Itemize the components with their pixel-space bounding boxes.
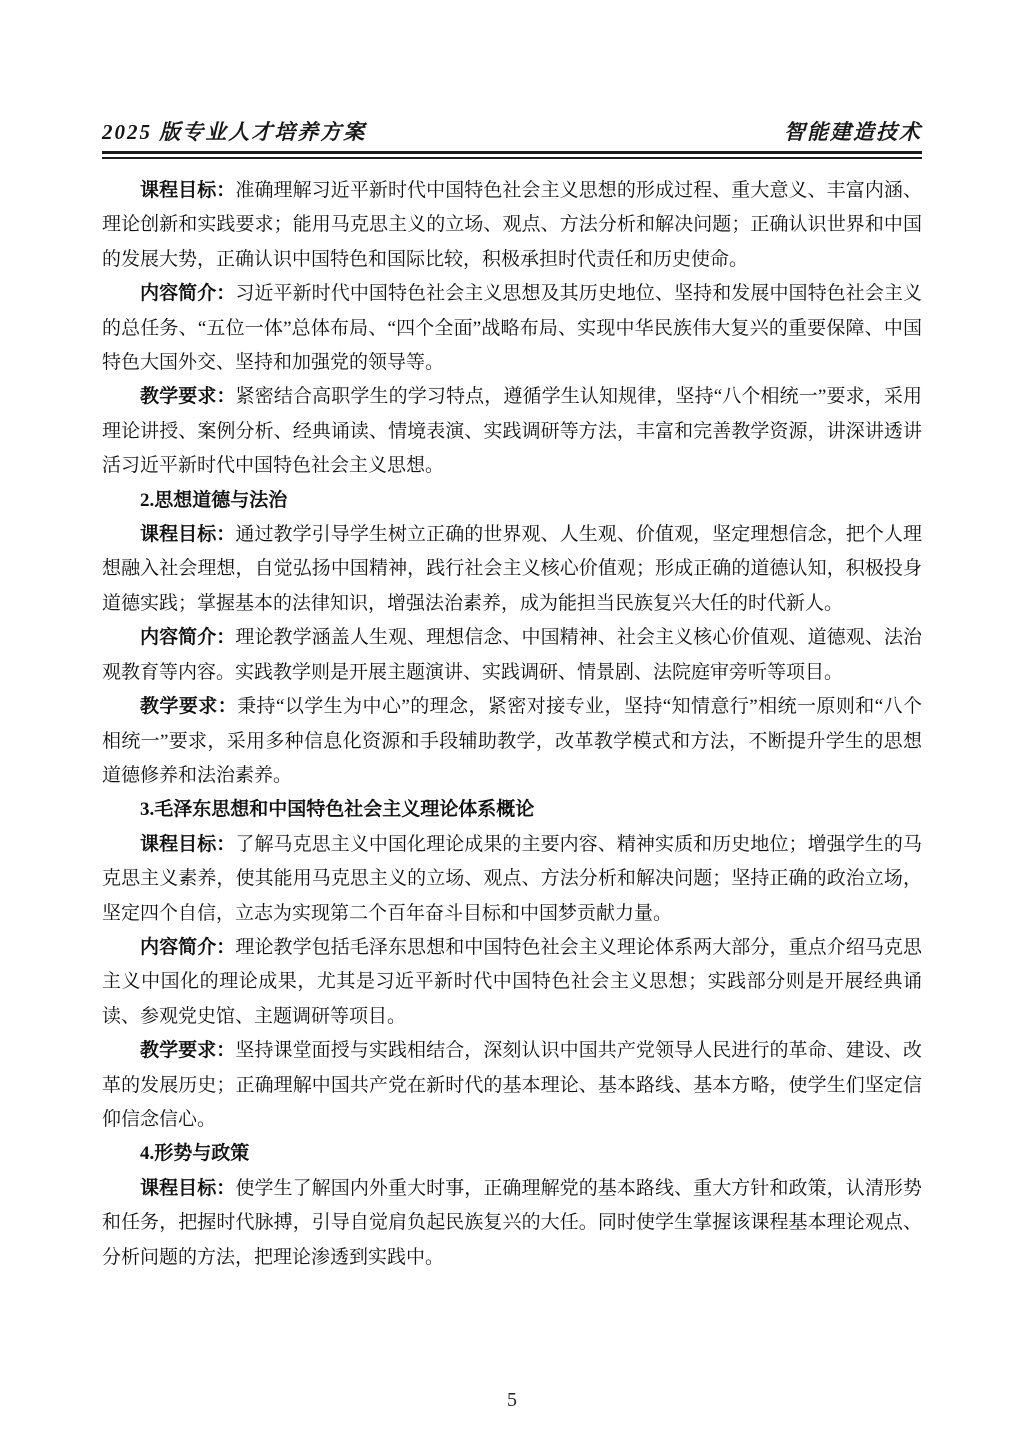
paragraph-label: 内容简介： <box>140 283 235 304</box>
paragraph-teaching-requirement-1: 教学要求：紧密结合高职学生的学习特点，遵循学生认知规律，坚持“八个相统一”要求，… <box>102 380 922 483</box>
paragraph-label: 课程目标： <box>140 1178 235 1199</box>
paragraph-label: 课程目标： <box>140 180 235 201</box>
paragraph-content-summary-2: 内容简介：理论教学涵盖人生观、理想信念、中国精神、社会主义核心价值观、道德观、法… <box>102 621 922 690</box>
header-left-title: 2025 版专业人才培养方案 <box>102 116 366 146</box>
paragraph-course-objective-1: 课程目标：准确理解习近平新时代中国特色社会主义思想的形成过程、重大意义、丰富内涵… <box>102 174 922 277</box>
section-heading-4: 4.形势与政策 <box>102 1137 922 1171</box>
paragraph-label: 课程目标： <box>140 524 235 545</box>
paragraph-label: 教学要求： <box>140 696 237 717</box>
paragraph-content-summary-1: 内容简介：习近平新时代中国特色社会主义思想及其历史地位、坚持和发展中国特色社会主… <box>102 277 922 380</box>
paragraph-teaching-requirement-3: 教学要求：坚持课堂面授与实践相结合，深刻认识中国共产党领导人民进行的革命、建设、… <box>102 1034 922 1137</box>
paragraph-label: 内容简介： <box>140 627 235 648</box>
paragraph-course-objective-2: 课程目标：通过教学引导学生树立正确的世界观、人生观、价值观，坚定理想信念，把个人… <box>102 518 922 621</box>
header-right-title: 智能建造技术 <box>784 116 922 146</box>
page-footer: 5 <box>0 1389 1024 1412</box>
paragraph-course-objective-3: 课程目标：了解马克思主义中国化理论成果的主要内容、精神实质和历史地位；增强学生的… <box>102 828 922 931</box>
document-body: 课程目标：准确理解习近平新时代中国特色社会主义思想的形成过程、重大意义、丰富内涵… <box>102 174 922 1275</box>
paragraph-label: 内容简介： <box>140 937 235 958</box>
paragraph-content-summary-3: 内容简介：理论教学包括毛泽东思想和中国特色社会主义理论体系两大部分，重点介绍马克… <box>102 931 922 1034</box>
page-header: 2025 版专业人才培养方案 智能建造技术 <box>102 116 922 151</box>
page-number: 5 <box>507 1389 517 1411</box>
document-page: 2025 版专业人才培养方案 智能建造技术 课程目标：准确理解习近平新时代中国特… <box>0 0 1024 1448</box>
paragraph-label: 教学要求： <box>140 1040 235 1061</box>
paragraph-label: 教学要求： <box>140 386 236 407</box>
paragraph-label: 课程目标： <box>140 834 235 855</box>
header-double-rule <box>102 151 922 159</box>
section-heading-3: 3.毛泽东思想和中国特色社会主义理论体系概论 <box>102 793 922 827</box>
paragraph-course-objective-4: 课程目标：使学生了解国内外重大时事，正确理解党的基本路线、重大方针和政策，认清形… <box>102 1172 922 1275</box>
paragraph-teaching-requirement-2: 教学要求：秉持“以学生为中心”的理念，紧密对接专业，坚持“知情意行”相统一原则和… <box>102 690 922 793</box>
section-heading-2: 2.思想道德与法治 <box>102 484 922 518</box>
